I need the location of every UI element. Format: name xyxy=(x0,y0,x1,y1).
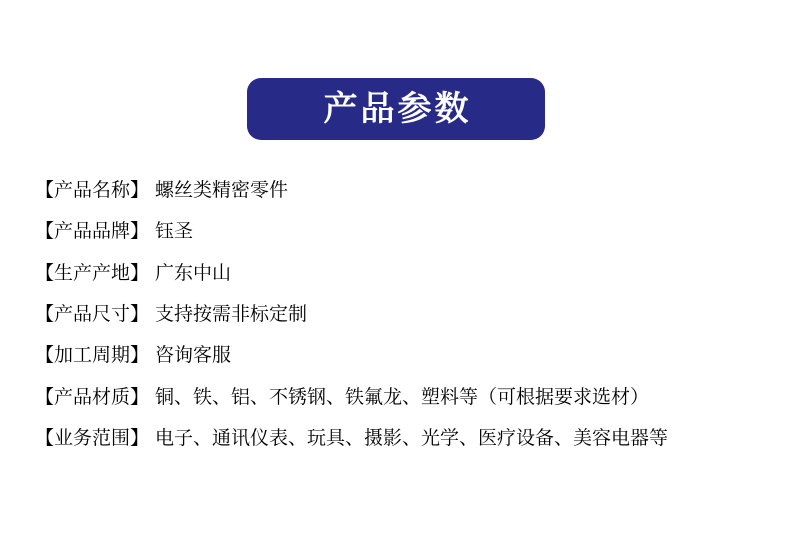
param-label: 【产品品牌】 xyxy=(35,222,149,241)
param-row-brand: 【产品品牌】 钰圣 xyxy=(35,211,780,252)
param-row-origin: 【生产产地】 广东中山 xyxy=(35,253,780,294)
param-value: 广东中山 xyxy=(155,264,231,283)
param-row-product-name: 【产品名称】 螺丝类精密零件 xyxy=(35,170,780,211)
param-label: 【业务范围】 xyxy=(35,429,149,448)
param-value: 钰圣 xyxy=(155,222,193,241)
param-value: 螺丝类精密零件 xyxy=(155,181,288,200)
banner-title: 产品参数 xyxy=(321,92,472,126)
param-label: 【产品名称】 xyxy=(35,181,149,200)
param-label: 【产品尺寸】 xyxy=(35,305,149,324)
param-label: 【加工周期】 xyxy=(35,346,149,365)
param-value: 咨询客服 xyxy=(155,346,231,365)
param-value: 电子、通讯仪表、玩具、摄影、光学、医疗设备、美容电器等 xyxy=(155,429,668,448)
product-params-banner: 产品参数 xyxy=(247,78,545,140)
param-value: 铜、铁、铝、不锈钢、铁氟龙、塑料等（可根据要求选材） xyxy=(155,388,649,407)
param-list: 【产品名称】 螺丝类精密零件 【产品品牌】 钰圣 【生产产地】 广东中山 【产品… xyxy=(35,170,780,459)
param-row-lead-time: 【加工周期】 咨询客服 xyxy=(35,335,780,376)
param-label: 【产品材质】 xyxy=(35,388,149,407)
param-label: 【生产产地】 xyxy=(35,264,149,283)
param-row-material: 【产品材质】 铜、铁、铝、不锈钢、铁氟龙、塑料等（可根据要求选材） xyxy=(35,376,780,417)
param-row-business-scope: 【业务范围】 电子、通讯仪表、玩具、摄影、光学、医疗设备、美容电器等 xyxy=(35,418,780,459)
param-row-size: 【产品尺寸】 支持按需非标定制 xyxy=(35,294,780,335)
param-value: 支持按需非标定制 xyxy=(155,305,307,324)
product-parameters-page: 产品参数 【产品名称】 螺丝类精密零件 【产品品牌】 钰圣 【生产产地】 广东中… xyxy=(0,0,790,544)
